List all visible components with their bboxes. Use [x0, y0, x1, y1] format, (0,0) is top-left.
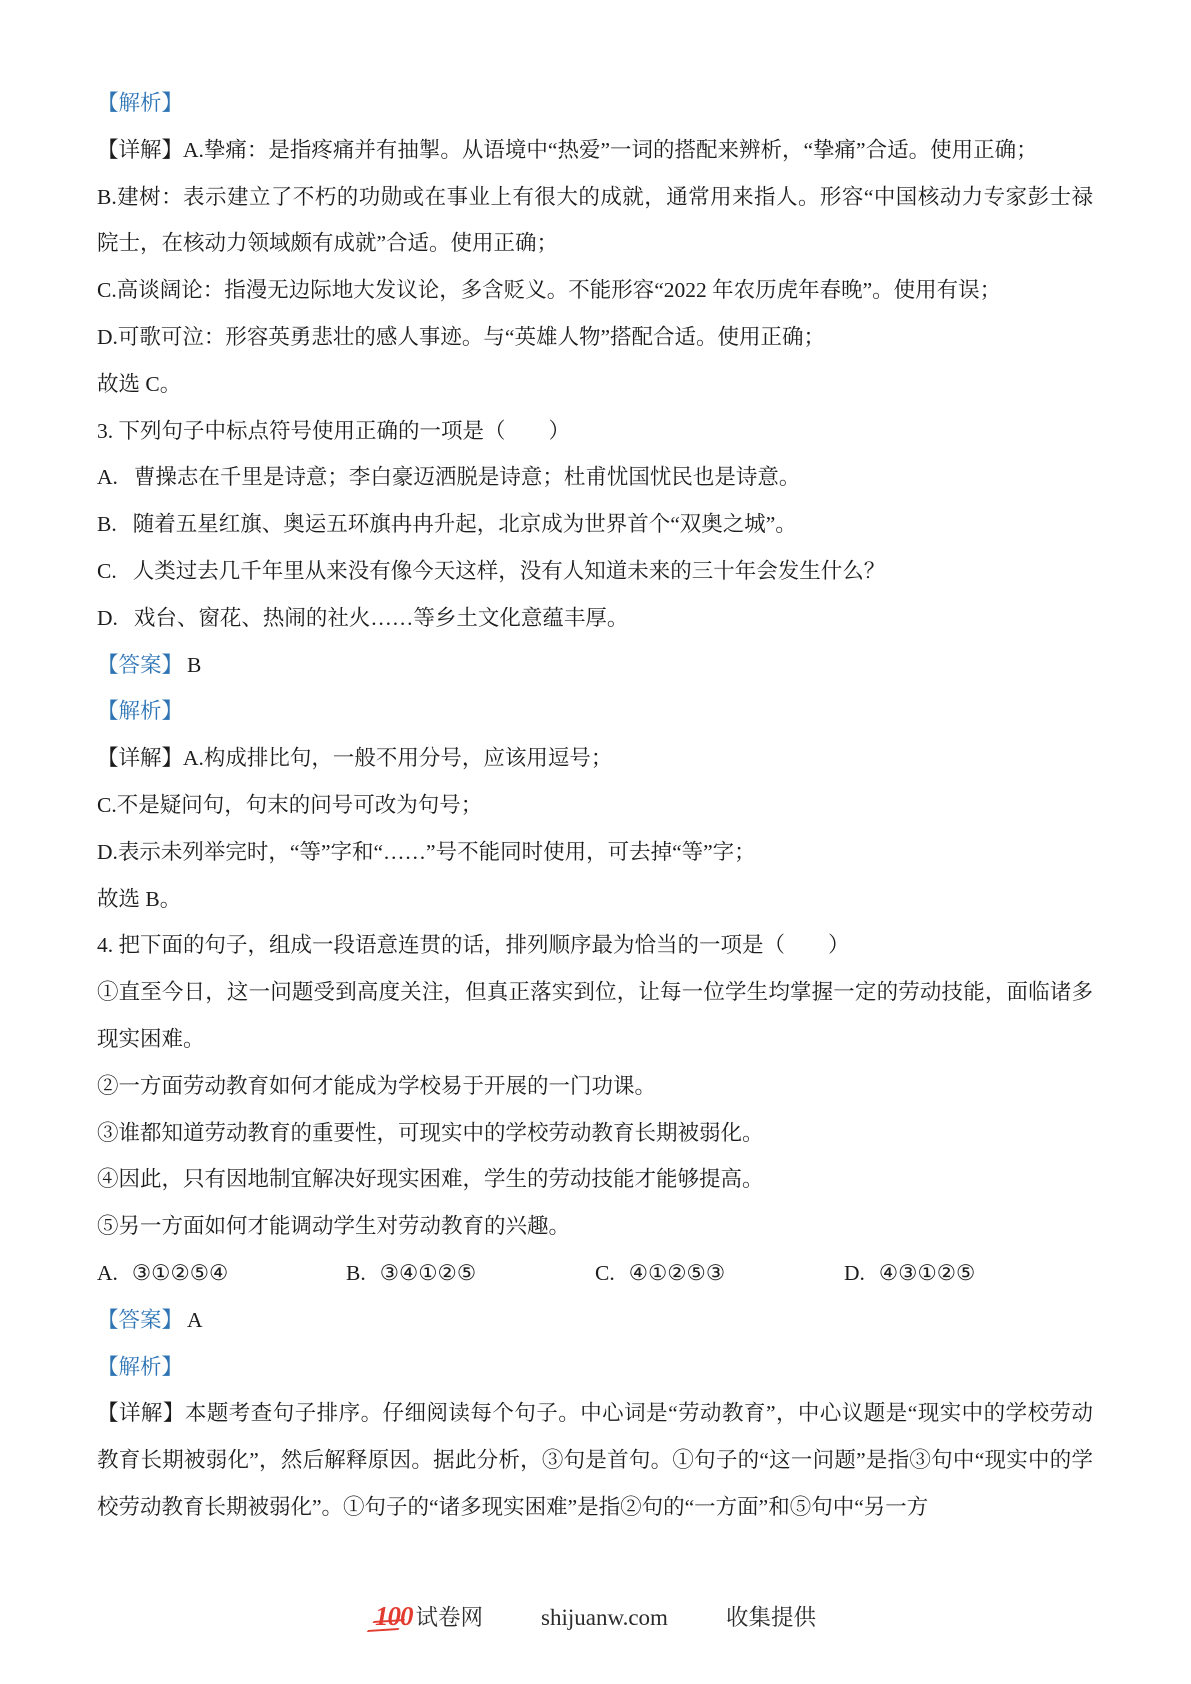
q2-item-c: C.高谈阔论：指漫无边际地大发议论，多含贬义。不能形容“2022 年农历虎年春晚…	[97, 267, 1093, 314]
q3-detail-d: D.表示未列举完时，“等”字和“……”号不能同时使用，可去掉“等”字；	[97, 829, 1093, 876]
q4-option-b-text: ③④①②⑤	[380, 1261, 476, 1285]
q4-answer-value: A	[187, 1308, 203, 1332]
q4-option-c-label: C.	[595, 1261, 615, 1285]
q3-answer-line: 【答案】B	[97, 642, 1093, 689]
q4-sentence-3: ③谁都知道劳动教育的重要性，可现实中的学校劳动教育长期被弱化。	[97, 1110, 1093, 1157]
q4-sentence-4: ④因此，只有因地制宜解决好现实困难，学生的劳动技能才能够提高。	[97, 1156, 1093, 1203]
q4-sentence-5: ⑤另一方面如何才能调动学生对劳动教育的兴趣。	[97, 1203, 1093, 1250]
q4-option-d-label: D.	[844, 1261, 865, 1285]
page-footer: 100 试卷网 shijuanw.com 收集提供	[0, 1600, 1191, 1632]
q3-detail-c: C.不是疑问句，句末的问号可改为句号；	[97, 782, 1093, 829]
q4-sentence-1: ①直至今日，这一问题受到高度关注，但真正落实到位，让每一位学生均掌握一定的劳动技…	[97, 969, 1093, 1063]
q4-option-d-text: ④③①②⑤	[879, 1261, 975, 1285]
q3-analysis-label: 【解析】	[97, 688, 1093, 735]
q4-option-b: B.③④①②⑤	[346, 1250, 595, 1297]
q4-option-a-text: ③①②⑤④	[132, 1261, 228, 1285]
q3-answer-value: B	[187, 653, 201, 677]
q4-option-b-label: B.	[346, 1261, 366, 1285]
q4-option-a: A.③①②⑤④	[97, 1250, 346, 1297]
100-score-icon: 100	[375, 1601, 413, 1632]
q2-item-b: B.建树：表示建立了不朽的功勋或在事业上有很大的成就，通常用来指人。形容“中国核…	[97, 174, 1093, 268]
q3-option-a-label: A.	[97, 465, 118, 489]
q2-conclusion: 故选 C。	[97, 361, 1093, 408]
q4-answer-line: 【答案】A	[97, 1297, 1093, 1344]
site-brand: 100 试卷网	[375, 1600, 483, 1632]
q4-sentence-2: ②一方面劳动教育如何才能成为学校易于开展的一门功课。	[97, 1063, 1093, 1110]
q3-option-a: A.曹操志在千里是诗意；李白豪迈洒脱是诗意；杜甫忧国忧民也是诗意。	[97, 454, 1093, 501]
q3-answer-label: 【答案】	[97, 653, 183, 677]
site-brand-text: 试卷网	[416, 1600, 484, 1632]
q3-detail-a: 【详解】A.构成排比句，一般不用分号，应该用逗号；	[97, 735, 1093, 782]
footer-credit: 收集提供	[726, 1600, 816, 1632]
q3-option-d-label: D.	[97, 606, 118, 630]
q3-option-a-text: 曹操志在千里是诗意；李白豪迈洒脱是诗意；杜甫忧国忧民也是诗意。	[134, 465, 801, 489]
q4-analysis-label: 【解析】	[97, 1344, 1093, 1391]
q3-option-b: B.随着五星红旗、奥运五环旗冉冉升起，北京成为世界首个“双奥之城”。	[97, 501, 1093, 548]
q3-option-c-text: 人类过去几千年里从来没有像今天这样，没有人知道未来的三十年会发生什么？	[133, 559, 886, 583]
q2-analysis-label: 【解析】	[97, 80, 1093, 127]
q4-option-c: C.④①②⑤③	[595, 1250, 844, 1297]
exam-answer-page: { "colors": { "label_blue": "#2E74B5", "…	[0, 0, 1191, 1684]
q3-option-c: C.人类过去几千年里从来没有像今天这样，没有人知道未来的三十年会发生什么？	[97, 548, 1093, 595]
q4-option-row: A.③①②⑤④ B.③④①②⑤ C.④①②⑤③ D.④③①②⑤	[97, 1250, 1093, 1297]
q4-detail: 【详解】本题考查句子排序。仔细阅读每个句子。中心词是“劳动教育”，中心议题是“现…	[97, 1390, 1093, 1530]
q4-option-a-label: A.	[97, 1261, 118, 1285]
q3-option-d: D.戏台、窗花、热闹的社火……等乡土文化意蕴丰厚。	[97, 595, 1093, 642]
q3-option-d-text: 戏台、窗花、热闹的社火……等乡土文化意蕴丰厚。	[134, 606, 629, 630]
q2-detail-a: 【详解】A.挚痛：是指疼痛并有抽掣。从语境中“热爱”一词的搭配来辨析，“挚痛”合…	[97, 127, 1093, 174]
q3-option-b-text: 随着五星红旗、奥运五环旗冉冉升起，北京成为世界首个“双奥之城”。	[133, 512, 797, 536]
q4-answer-label: 【答案】	[97, 1308, 183, 1332]
q3-conclusion: 故选 B。	[97, 876, 1093, 923]
q4-option-c-text: ④①②⑤③	[629, 1261, 725, 1285]
q2-item-d: D.可歌可泣：形容英勇悲壮的感人事迹。与“英雄人物”搭配合适。使用正确；	[97, 314, 1093, 361]
q3-option-c-label: C.	[97, 559, 117, 583]
q4-option-d: D.④③①②⑤	[844, 1250, 1093, 1297]
site-domain: shijuanw.com	[541, 1605, 668, 1631]
document-body: 【解析】 【详解】A.挚痛：是指疼痛并有抽掣。从语境中“热爱”一词的搭配来辨析，…	[97, 80, 1093, 1531]
q3-stem: 3. 下列句子中标点符号使用正确的一项是（ ）	[97, 408, 1093, 455]
q3-option-b-label: B.	[97, 512, 117, 536]
q4-stem: 4. 把下面的句子，组成一段语意连贯的话，排列顺序最为恰当的一项是（ ）	[97, 922, 1093, 969]
